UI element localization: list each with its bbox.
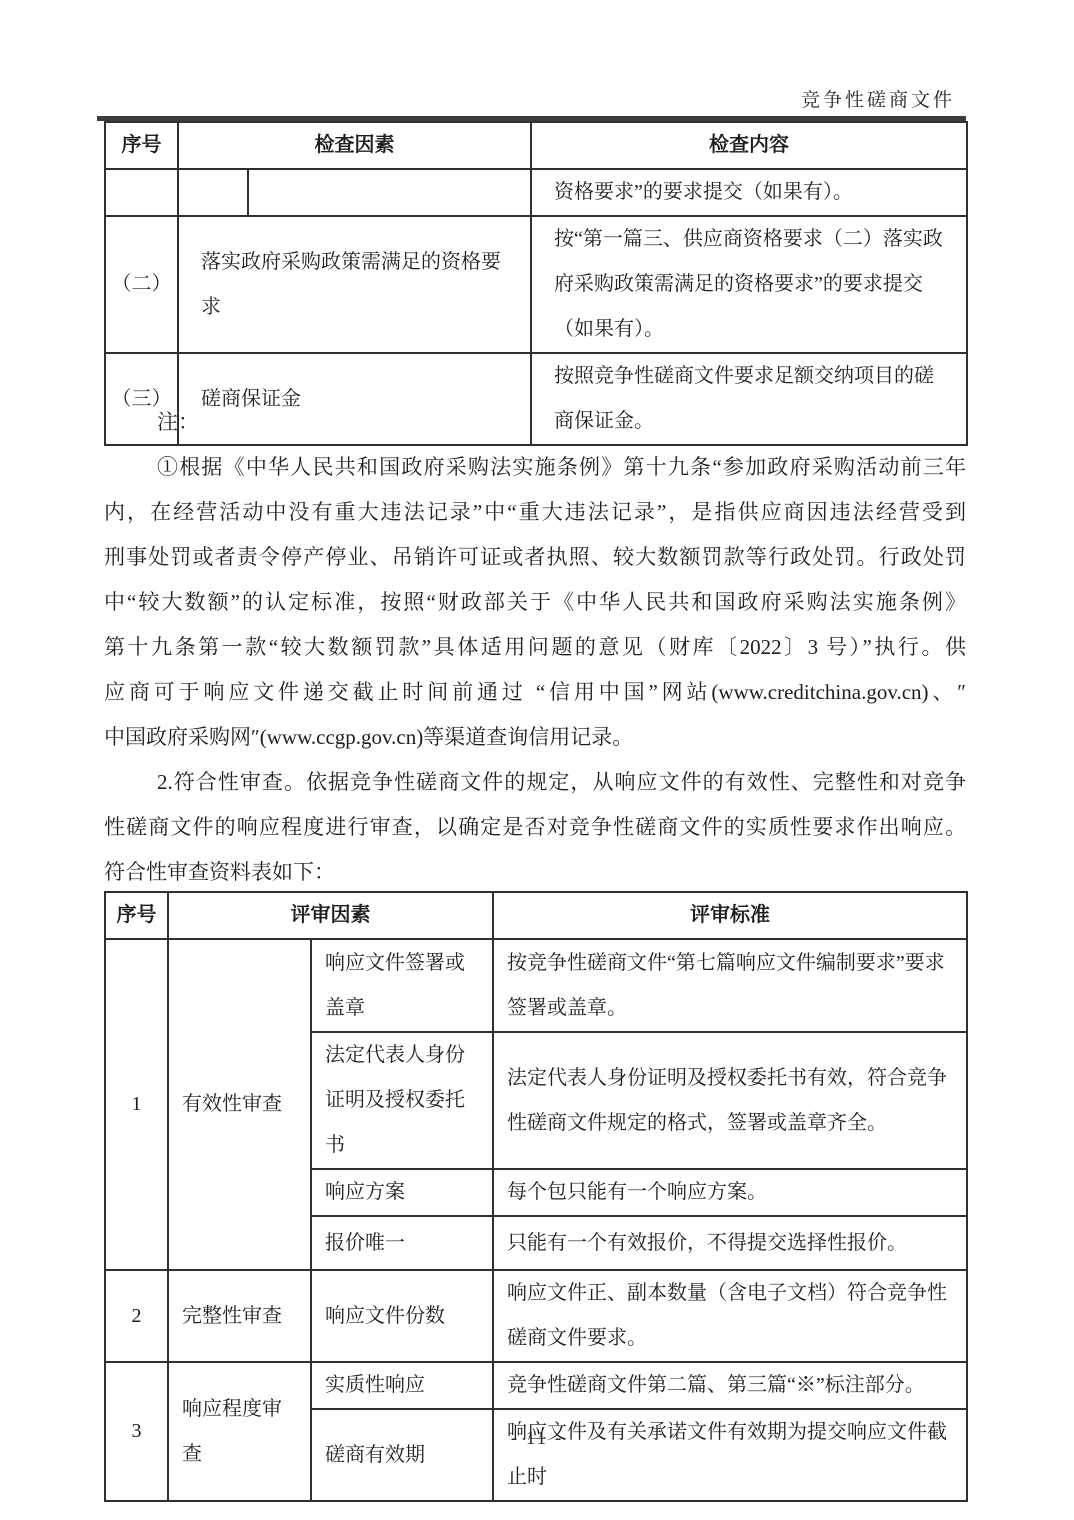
document-page: 竞争性磋商文件 序号 检查因素 检查内容 资格要求”的要求提交（如果有）。 （二… — [0, 0, 1074, 1520]
t2-g2-no: 2 — [105, 1270, 168, 1362]
table-row: 3 响应程度审查 实质性响应 竞争性磋商文件第二篇、第三篇“※”标注部分。 — [105, 1362, 967, 1409]
t1-header-factor: 检查因素 — [178, 122, 531, 169]
t2-g3-i1-standard: 竞争性磋商文件第二篇、第三篇“※”标注部分。 — [493, 1362, 967, 1409]
t2-g1-i3-standard: 每个包只能有一个响应方案。 — [493, 1169, 967, 1216]
table-row: （二） 落实政府采购政策需满足的资格要求 按“第一篇三、供应商资格要求（二）落实… — [105, 216, 967, 353]
table-row: 2 完整性审查 响应文件份数 响应文件正、副本数量（含电子文档）符合竞争性磋商文… — [105, 1270, 967, 1362]
t2-g1-i4-factor: 报价唯一 — [311, 1216, 493, 1270]
table-row: 1 有效性审查 响应文件签署或盖章 按竞争性磋商文件“第七篇响应文件编制要求”要… — [105, 939, 967, 1032]
t1-cont-content: 资格要求”的要求提交（如果有）。 — [531, 169, 967, 216]
t1-row2-content: 按“第一篇三、供应商资格要求（二）落实政府采购政策需满足的资格要求”的要求提交（… — [531, 216, 967, 353]
t2-g1-i2-standard: 法定代表人身份证明及授权委托书有效，符合竞争性磋商文件规定的格式，签署或盖章齐全… — [493, 1032, 967, 1169]
t1-header-content: 检查内容 — [531, 122, 967, 169]
conformity-review-table: 序号 评审因素 评审标准 1 有效性审查 响应文件签署或盖章 按竞争性磋商文件“… — [104, 891, 968, 1502]
t1-cont-factor-b — [248, 169, 531, 216]
inspection-table: 序号 检查因素 检查内容 资格要求”的要求提交（如果有）。 （二） 落实政府采购… — [104, 121, 968, 446]
paragraph-line: 中国政府采购网″(www.ccgp.gov.cn)等渠道查询信用记录。 — [104, 715, 966, 760]
t2-g1-i1-standard: 按竞争性磋商文件“第七篇响应文件编制要求”要求签署或盖章。 — [493, 939, 967, 1032]
t1-row2-factor: 落实政府采购政策需满足的资格要求 — [178, 216, 531, 353]
body-text: 注： ①根据《中华人民共和国政府采购法实施条例》第十九条“参加政府采购活动前三年… — [104, 400, 966, 895]
t2-g3-i2-standard: 响应文件及有关承诺文件有效期为提交响应文件截止时 — [493, 1409, 967, 1501]
conformity-review-paragraph: 2.符合性审查。依据竞争性磋商文件的规定，从响应文件的有效性、完整性和对竞争性磋… — [104, 760, 966, 895]
paragraph-line: 应商可于响应文件递交截止时间前通过 “信用中国”网站(www.creditchi… — [104, 670, 966, 715]
t2-header-standard: 评审标准 — [493, 892, 967, 939]
page-number: - 11 - — [0, 1428, 1074, 1450]
t2-g1-i1-factor: 响应文件签署或盖章 — [311, 939, 493, 1032]
table-header-row: 序号 评审因素 评审标准 — [105, 892, 967, 939]
note-paragraph: ①根据《中华人民共和国政府采购法实施条例》第十九条“参加政府采购活动前三年内，在… — [104, 445, 966, 760]
paragraph-line: 性磋商文件的响应程度进行审查，以确定是否对竞争性磋商文件的实质性要求作出响应。 — [104, 805, 966, 850]
t1-row2-no: （二） — [105, 216, 178, 353]
t1-header-no: 序号 — [105, 122, 178, 169]
t2-g1-i2-factor: 法定代表人身份证明及授权委托书 — [311, 1032, 493, 1169]
table-header-row: 序号 检查因素 检查内容 — [105, 122, 967, 169]
paragraph-line: 刑事处罚或者责令停产停业、吊销许可证或者执照、较大数额罚款等行政处罚。行政处罚 — [104, 535, 966, 580]
t1-cont-factor-a — [178, 169, 248, 216]
paragraph-line: 符合性审查资料表如下： — [104, 850, 966, 895]
t2-header-no: 序号 — [105, 892, 168, 939]
t2-g1-i3-factor: 响应方案 — [311, 1169, 493, 1216]
t2-g3-i2-factor: 磋商有效期 — [311, 1409, 493, 1501]
t2-g2-i1-standard: 响应文件正、副本数量（含电子文档）符合竞争性磋商文件要求。 — [493, 1270, 967, 1362]
table-row-continuation: 资格要求”的要求提交（如果有）。 — [105, 169, 967, 216]
paragraph-line: 2.符合性审查。依据竞争性磋商文件的规定，从响应文件的有效性、完整性和对竞争 — [104, 760, 966, 805]
t2-g1-category: 有效性审查 — [168, 939, 311, 1270]
t2-g3-i1-factor: 实质性响应 — [311, 1362, 493, 1409]
t2-header-factor: 评审因素 — [168, 892, 493, 939]
t2-g1-i4-standard: 只能有一个有效报价，不得提交选择性报价。 — [493, 1216, 967, 1270]
t1-cont-no — [105, 169, 178, 216]
paragraph-line: 第十九条第一款“较大数额罚款”具体适用问题的意见（财库〔2022〕3 号）”执行… — [104, 625, 966, 670]
t2-g2-i1-factor: 响应文件份数 — [311, 1270, 493, 1362]
page-header-title: 竞争性磋商文件 — [801, 85, 955, 112]
paragraph-line: ①根据《中华人民共和国政府采购法实施条例》第十九条“参加政府采购活动前三年 — [104, 445, 966, 490]
paragraph-line: 中“较大数额”的认定标准，按照“财政部关于《中华人民共和国政府采购法实施条例》 — [104, 580, 966, 625]
note-label: 注： — [104, 400, 966, 445]
t2-g2-category: 完整性审查 — [168, 1270, 311, 1362]
t2-g1-no: 1 — [105, 939, 168, 1270]
paragraph-line: 内，在经营活动中没有重大违法记录”中“重大违法记录”，是指供应商因违法经营受到 — [104, 490, 966, 535]
